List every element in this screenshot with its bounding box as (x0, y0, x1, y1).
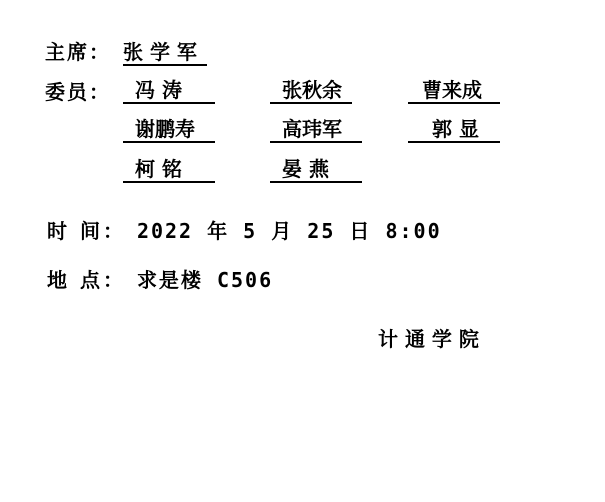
member-name: 谢鹏寿 (123, 117, 215, 143)
member-name-text: 曹来成 (422, 78, 482, 102)
member-name: 曹来成 (408, 78, 500, 104)
member-name-text: 冯 涛 (135, 78, 182, 102)
member-name: 郭 显 (408, 117, 500, 143)
member-name: 张秋余 (270, 78, 352, 104)
member-name: 高玮军 (270, 117, 362, 143)
time-row: 时 间： 2022 年 5 月 25 日 8:00 (47, 219, 442, 243)
member-name-text: 柯 铭 (135, 157, 182, 181)
member-name: 冯 涛 (123, 78, 215, 104)
member-name-text: 张秋余 (282, 78, 342, 102)
time-value: 2022 年 5 月 25 日 8:00 (137, 219, 442, 243)
member-name-text: 郭 显 (432, 117, 479, 141)
time-label: 时 间： (47, 219, 126, 243)
organizer: 计 通 学 院 (378, 327, 479, 351)
chair-name: 张 学 军 (123, 40, 207, 66)
chair-name-text: 张 学 军 (123, 40, 197, 64)
members-label: 委员： (45, 80, 111, 104)
member-name-text: 高玮军 (282, 117, 342, 141)
place-label: 地 点： (47, 268, 126, 292)
place-value: 求是楼 C506 (137, 268, 273, 292)
member-name-text: 晏 燕 (282, 157, 329, 181)
member-name: 柯 铭 (123, 157, 215, 183)
member-name-text: 谢鹏寿 (135, 117, 195, 141)
chair-label: 主席： (45, 40, 111, 64)
place-row: 地 点： 求是楼 C506 (47, 268, 273, 292)
member-name: 晏 燕 (270, 157, 362, 183)
